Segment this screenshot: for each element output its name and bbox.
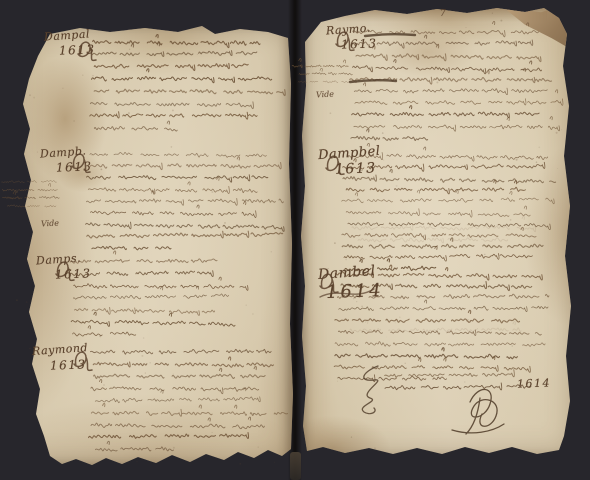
entry-margin-year: 1613 [55, 267, 92, 280]
margin-note-vide: Vide [41, 220, 59, 229]
binding-strip [290, 452, 301, 480]
entry-margin-year: 1613 [50, 358, 87, 371]
closing-year: 1614 [517, 377, 551, 389]
left-page [10, 24, 294, 466]
entry-margin-name: Dampb. [40, 145, 87, 159]
entry-margin-year: 1613 [59, 43, 96, 56]
entry-margin-name: Raymo. [326, 22, 371, 36]
entry-margin-year: 1614 [326, 282, 384, 302]
margin-note-vide: Vide [316, 91, 334, 100]
entry-margin-name: Dambel [318, 264, 376, 282]
right-page [297, 6, 577, 458]
entry-margin-name: Damps. [36, 252, 82, 266]
entry-margin-year: 1613 [335, 161, 377, 176]
entry-margin-year: 1613 [341, 37, 378, 50]
folio-number: 7 [440, 10, 446, 19]
entry-margin-name: Dampal [44, 28, 91, 42]
manuscript-scan: Dampal 1613 Dampb. 1613 Vide Damps. 1613… [0, 0, 590, 480]
entry-margin-year: 1613 [56, 160, 93, 173]
